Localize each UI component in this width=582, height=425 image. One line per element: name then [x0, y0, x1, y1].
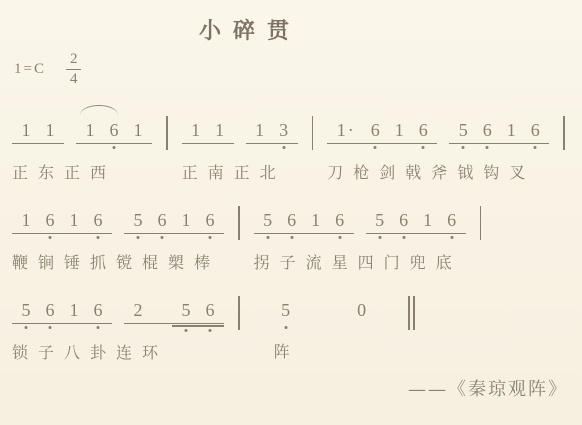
- lyric-syllable: 正: [234, 160, 260, 183]
- lyric-syllable: 槊: [168, 250, 194, 273]
- low-octave-dot: [25, 326, 28, 329]
- notes-row: 1·6165616: [327, 119, 549, 144]
- note: 5: [14, 299, 38, 319]
- note-number: 1: [134, 121, 143, 139]
- note: 6: [523, 119, 547, 139]
- note: 1: [38, 119, 62, 139]
- low-octave-dot: [378, 236, 381, 239]
- second-beam: [196, 325, 224, 326]
- note: 2: [126, 299, 150, 319]
- low-octave-dot: [209, 236, 212, 239]
- low-octave-dot: [209, 329, 212, 332]
- note-number: 1: [46, 121, 55, 139]
- lyric-syllable: 斧: [431, 160, 457, 183]
- lyrics-row: 锁子八卦连环: [12, 340, 224, 363]
- low-octave-dot: [450, 236, 453, 239]
- note-number: 1·: [337, 121, 356, 139]
- note: 6: [280, 209, 304, 229]
- attribution: ——《秦琼观阵》: [408, 375, 568, 401]
- low-octave-dot: [97, 326, 100, 329]
- note: 6: [198, 209, 222, 229]
- lyric-syllable: 南: [208, 160, 234, 183]
- notes-row: 1113: [182, 119, 298, 144]
- note: 1: [304, 209, 328, 229]
- note-number: 5: [22, 301, 31, 319]
- note: 3: [272, 119, 296, 139]
- note-number: 5: [263, 211, 272, 229]
- note: 1: [416, 209, 440, 229]
- notes-row: 5616256: [12, 299, 224, 324]
- song-title: 小碎贯: [8, 14, 572, 45]
- note-group: 5616: [449, 119, 549, 144]
- note-group: 1·616: [327, 119, 437, 144]
- low-octave-dot: [49, 236, 52, 239]
- note: 1: [174, 209, 198, 229]
- note: 1·: [329, 119, 363, 139]
- note: 6: [86, 209, 110, 229]
- note-number: 6: [46, 301, 55, 319]
- note: 6: [363, 119, 387, 139]
- low-octave-dot: [534, 146, 537, 149]
- note-group: 11: [182, 119, 234, 144]
- barline: [312, 116, 314, 150]
- low-octave-dot: [137, 236, 140, 239]
- low-octave-dot: [462, 146, 465, 149]
- note-number: 1: [70, 301, 79, 319]
- note: 6: [440, 209, 464, 229]
- note-number: 1: [182, 211, 191, 229]
- meter-numerator: 2: [66, 51, 82, 70]
- note-number: 1: [311, 211, 320, 229]
- lyric-syllable: 流: [306, 250, 332, 273]
- barline: [238, 296, 240, 330]
- note-number: 5: [459, 121, 468, 139]
- lyric-syllable: 东: [38, 160, 64, 183]
- note-number: 6: [94, 211, 103, 229]
- measure: 1·6165616刀枪剑戟斧钺钩叉: [327, 119, 549, 183]
- low-octave-dot: [161, 236, 164, 239]
- lyric-syllable: 镋: [116, 250, 142, 273]
- lyric-syllable: 剑: [379, 160, 405, 183]
- note-number: 6: [371, 121, 380, 139]
- score: 11161正东正西1113正南正北1·6165616刀枪剑戟斧钺钩叉161656…: [8, 119, 572, 363]
- note: 1: [387, 119, 411, 139]
- note: 1: [62, 299, 86, 319]
- lyric-syllable: 钩: [483, 160, 509, 183]
- note-number: 5: [375, 211, 384, 229]
- note-group: 1616: [12, 209, 112, 234]
- lyric-syllable: 锏: [38, 250, 64, 273]
- note-number: 6: [46, 211, 55, 229]
- lyric-syllable: 棒: [194, 250, 220, 273]
- note-number: 1: [423, 211, 432, 229]
- lyric-syllable: 鞭: [12, 250, 38, 273]
- note-number: 0: [357, 301, 366, 319]
- note-number: 2: [134, 301, 143, 319]
- lyric-syllable: 锤: [64, 250, 90, 273]
- note-number: 5: [134, 211, 143, 229]
- note-number: 6: [447, 211, 456, 229]
- note-number: 1: [507, 121, 516, 139]
- lyric-syllable: 卦: [90, 340, 116, 363]
- note: 6: [475, 119, 499, 139]
- note-number: 6: [531, 121, 540, 139]
- note-group: 0: [348, 299, 376, 323]
- note: 5: [126, 209, 150, 229]
- lyric-syllable: 连: [116, 340, 142, 363]
- lyric-syllable: 刀: [327, 160, 353, 183]
- note: 5: [368, 209, 392, 229]
- low-octave-dot: [49, 326, 52, 329]
- lyric-syllable: 枪: [353, 160, 379, 183]
- lyric-syllable: 正: [182, 160, 208, 183]
- note-number: 6: [206, 301, 215, 319]
- barline: [166, 116, 168, 150]
- lyric-syllable: 底: [436, 250, 462, 273]
- note: 1: [208, 119, 232, 139]
- note-number: 1: [70, 211, 79, 229]
- lyric-syllable: 四: [358, 250, 384, 273]
- note: 1: [184, 119, 208, 139]
- lyrics-row: 正南正北: [182, 160, 298, 183]
- note-group: 11: [12, 119, 64, 144]
- note-number: 6: [483, 121, 492, 139]
- lyrics-row: 鞭锏锤抓镋棍槊棒: [12, 250, 224, 273]
- note-group: 256: [124, 299, 224, 324]
- note: 1: [499, 119, 523, 139]
- note: 1: [14, 119, 38, 139]
- low-octave-dot: [113, 146, 116, 149]
- note-number: 1: [22, 211, 31, 229]
- note-number: 1: [215, 121, 224, 139]
- note: 5: [274, 299, 298, 319]
- score-line: 16165616鞭锏锤抓镋棍槊棒56165616拐子流星四门兜底: [12, 209, 572, 273]
- lyric-syllable: 钺: [457, 160, 483, 183]
- note: 6: [38, 209, 62, 229]
- lyric-syllable: 抓: [90, 250, 116, 273]
- note: 6: [328, 209, 352, 229]
- note-group: 161: [76, 119, 152, 144]
- note: 5: [451, 119, 475, 139]
- note: 1: [126, 119, 150, 139]
- meter-denominator: 4: [70, 70, 78, 88]
- lyrics-row: 刀枪剑戟斧钺钩叉: [327, 160, 549, 183]
- lyric-syllable: 子: [38, 340, 64, 363]
- note-group: 5616: [254, 209, 354, 234]
- note-spacer: [150, 299, 174, 319]
- low-octave-dot: [282, 146, 285, 149]
- measure: 5616256锁子八卦连环: [12, 299, 224, 363]
- key-signature: 1=C 2 4: [14, 51, 572, 89]
- note: 5: [256, 209, 280, 229]
- notes-row: 16165616: [12, 209, 224, 234]
- lyric-syllable: 锁: [12, 340, 38, 363]
- note-number: 1: [395, 121, 404, 139]
- low-octave-dot: [374, 146, 377, 149]
- note: 1: [248, 119, 272, 139]
- barline: [563, 116, 565, 150]
- lyric-syllable: 拐: [254, 250, 280, 273]
- notes-row: 56165616: [254, 209, 466, 234]
- note-number: 6: [419, 121, 428, 139]
- note-number: 5: [182, 301, 191, 319]
- note: 6: [150, 209, 174, 229]
- low-octave-dot: [266, 236, 269, 239]
- lyric-syllable: 叉: [509, 160, 535, 183]
- note-number: 1: [86, 121, 95, 139]
- note-group: 5: [272, 299, 300, 323]
- note-number: 6: [335, 211, 344, 229]
- tonality: 1=C: [14, 61, 46, 78]
- lyrics-row: 阵: [254, 339, 394, 362]
- note: 1: [14, 209, 38, 229]
- lyric-syllable: 正: [12, 160, 38, 183]
- barline: [238, 206, 240, 240]
- lyric-syllable: 棍: [142, 250, 168, 273]
- low-octave-dot: [185, 329, 188, 332]
- lyric-syllable: 正: [64, 160, 90, 183]
- low-octave-dot: [402, 236, 405, 239]
- note: 6: [102, 119, 126, 139]
- note-number: 6: [206, 211, 215, 229]
- notes-row: 50: [254, 299, 394, 323]
- lyric-syllable: 环: [142, 340, 168, 363]
- low-octave-dot: [290, 236, 293, 239]
- lyrics-row: 拐子流星四门兜底: [254, 250, 466, 273]
- lyric-syllable: 阵: [274, 339, 300, 362]
- note-number: 6: [287, 211, 296, 229]
- score-line: 11161正东正西1113正南正北1·6165616刀枪剑戟斧钺钩叉: [12, 119, 572, 183]
- notes-row: 11161: [12, 119, 152, 144]
- lyric-syllable: 戟: [405, 160, 431, 183]
- note-group: 13: [246, 119, 298, 144]
- note-number: 6: [158, 211, 167, 229]
- note-number: 6: [110, 121, 119, 139]
- lyric-syllable: 兜: [410, 250, 436, 273]
- note-number: 1: [22, 121, 31, 139]
- low-octave-dot: [422, 146, 425, 149]
- lyric-syllable: 北: [260, 160, 286, 183]
- note: 0: [350, 299, 374, 319]
- note: 6: [198, 299, 222, 319]
- slur-arc: [80, 105, 118, 115]
- note-number: 6: [94, 301, 103, 319]
- lyric-syllable: 八: [64, 340, 90, 363]
- final-barline: [408, 296, 415, 330]
- note: 6: [411, 119, 435, 139]
- note-number: 6: [399, 211, 408, 229]
- measure: 1113正南正北: [182, 119, 298, 183]
- note-number: 3: [279, 121, 288, 139]
- lyric-syllable: 子: [280, 250, 306, 273]
- low-octave-dot: [338, 236, 341, 239]
- note: 1: [78, 119, 102, 139]
- note: 1: [62, 209, 86, 229]
- low-octave-dot: [284, 326, 287, 329]
- measure: 16165616鞭锏锤抓镋棍槊棒: [12, 209, 224, 273]
- lyric-syllable: 星: [332, 250, 358, 273]
- sheet-music-page: 小碎贯 1=C 2 4 11161正东正西1113正南正北1·6165616刀枪…: [0, 0, 582, 425]
- note-group: 5616: [366, 209, 466, 234]
- low-octave-dot: [486, 146, 489, 149]
- note: 6: [86, 299, 110, 319]
- lyric-syllable: 门: [384, 250, 410, 273]
- final-barline-stroke: [408, 296, 410, 330]
- measure: 50阵: [254, 299, 394, 362]
- note-group: 5616: [124, 209, 224, 234]
- score-line: 5616256锁子八卦连环50阵: [12, 299, 572, 363]
- note-number: 1: [191, 121, 200, 139]
- note: 6: [38, 299, 62, 319]
- measure: 56165616拐子流星四门兜底: [254, 209, 466, 273]
- measure: 11161正东正西: [12, 119, 152, 183]
- note-number: 5: [281, 301, 290, 319]
- lyrics-row: 正东正西: [12, 160, 152, 183]
- time-signature: 2 4: [66, 51, 82, 89]
- note: 5: [174, 299, 198, 319]
- low-octave-dot: [97, 236, 100, 239]
- note-group: 5616: [12, 299, 112, 324]
- note: 6: [392, 209, 416, 229]
- note-number: 1: [255, 121, 264, 139]
- barline: [480, 206, 482, 240]
- final-barline-stroke: [413, 296, 415, 330]
- lyric-syllable: 西: [90, 160, 116, 183]
